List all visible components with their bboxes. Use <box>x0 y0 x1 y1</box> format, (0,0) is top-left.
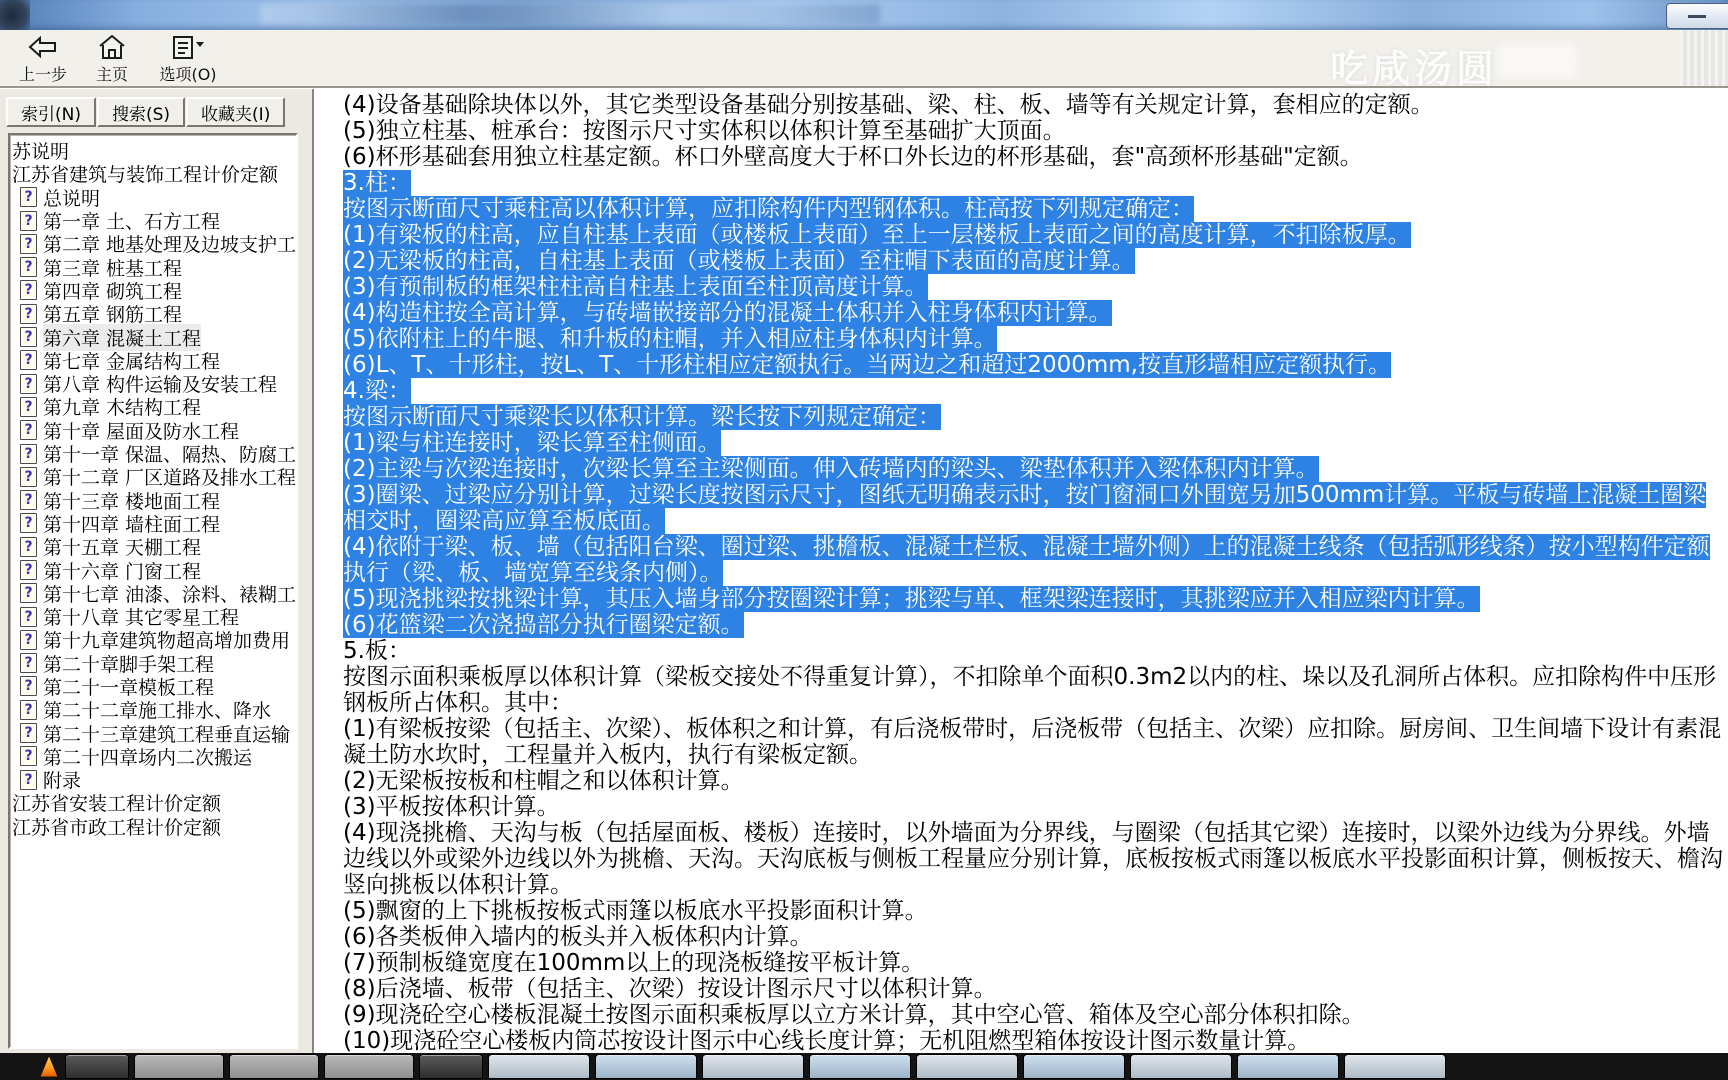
help-topic-icon: ? <box>20 234 37 254</box>
options-button-label: 选项(O) <box>159 62 216 85</box>
help-topic-icon: ? <box>20 770 37 790</box>
paragraph-text: 按图示面积乘板厚以体积计算（梁板交接处不得重复计算），不扣除单个面积0.3m2以… <box>343 664 1716 716</box>
paragraph-text: (3)有预制板的框架柱柱高自柱基上表面至柱顶高度计算。 <box>343 274 928 300</box>
content-paragraph: 4.梁： <box>343 378 1725 404</box>
content-paragraph: (6)L、T、十形柱，按L、T、十形柱相应定额执行。当两边之和超过2000mm,… <box>343 352 1725 378</box>
paragraph-text: (6)L、T、十形柱，按L、T、十形柱相应定额执行。当两边之和超过2000mm,… <box>343 352 1391 378</box>
home-button-label: 主页 <box>96 62 128 85</box>
taskbar-button[interactable] <box>916 1054 1018 1079</box>
toc-tree-item[interactable]: ? 江苏省市政工程计价定额 <box>10 815 296 838</box>
toc-tree-item[interactable]: ? 第十六章 门窗工程 <box>10 558 296 581</box>
toc-tree-item[interactable]: ? 第十四章 墙柱面工程 <box>10 512 296 535</box>
toc-item-label: 江苏省市政工程计价定额 <box>12 813 221 840</box>
toolbar: 上一步 主页 选项(O) 吃咸汤圆 <box>0 30 1728 86</box>
help-topic-icon: ? <box>20 490 37 510</box>
help-topic-icon: ? <box>20 583 37 603</box>
content-pane[interactable]: (4)设备基础除块体以外，其它类型设备基础分别按基础、梁、柱、板、墙等有关规定计… <box>312 89 1728 1053</box>
content-paragraph: (1)有梁板按梁（包括主、次梁）、板体积之和计算，有后浇板带时，后浇板带（包括主… <box>343 716 1725 768</box>
paragraph-text: (1)有梁板按梁（包括主、次梁）、板体积之和计算，有后浇板带时，后浇板带（包括主… <box>343 716 1721 768</box>
toc-tree-item[interactable]: ? 第十一章 保温、隔热、防腐工程 <box>10 442 296 465</box>
paragraph-text: (5)飘窗的上下挑板按板式雨篷以板底水平投影面积计算。 <box>343 898 928 924</box>
taskbar-button[interactable] <box>702 1054 804 1079</box>
back-button-label: 上一步 <box>19 62 67 85</box>
paragraph-text: (3)平板按体积计算。 <box>343 794 560 820</box>
paragraph-text: (5)现浇挑梁按挑梁计算，其压入墙身部分按圈梁计算；挑梁与单、框架梁连接时，其挑… <box>343 586 1480 612</box>
app-icon <box>0 0 30 30</box>
toc-tree-item[interactable]: ? 第四章 砌筑工程 <box>10 279 296 302</box>
help-topic-icon: ? <box>20 746 37 766</box>
content-paragraph: (2)主梁与次梁连接时，次梁长算至主梁侧面。伸入砖墙内的梁头、梁垫体积并入梁体积… <box>343 456 1725 482</box>
window-title-blurred <box>260 4 880 24</box>
toc-tree-item[interactable]: ? 第二十四章场内二次搬运 <box>10 745 296 768</box>
taskbar-button[interactable] <box>134 1054 224 1079</box>
paragraph-text: (4)构造柱按全高计算，与砖墙嵌接部分的混凝土体积并入柱身体积内计算。 <box>343 300 1112 326</box>
paragraph-text: (4)现浇挑檐、天沟与板（包括屋面板、楼板）连接时，以外墙面为分界线，与圈梁（包… <box>343 820 1723 898</box>
taskbar-button[interactable] <box>809 1054 911 1079</box>
help-topic-icon: ? <box>20 350 37 370</box>
taskbar-button[interactable] <box>419 1054 483 1079</box>
paragraph-text: 3.柱： <box>343 170 411 196</box>
topic-text: (4)设备基础除块体以外，其它类型设备基础分别按基础、梁、柱、板、墙等有关规定计… <box>314 89 1728 1053</box>
back-button[interactable]: 上一步 <box>8 34 78 85</box>
taskbar-button[interactable] <box>1344 1054 1446 1079</box>
content-paragraph: (10)现浇砼空心楼板内筒芯按设计图示中心线长度计算；无机阻燃型箱体按设计图示数… <box>343 1028 1725 1053</box>
help-topic-icon: ? <box>20 397 37 417</box>
home-icon <box>96 34 128 60</box>
toc-tree-item[interactable]: ? 第六章 混凝土工程 <box>10 325 296 348</box>
content-paragraph: (4)设备基础除块体以外，其它类型设备基础分别按基础、梁、柱、板、墙等有关规定计… <box>343 92 1725 118</box>
taskbar-button[interactable] <box>488 1054 590 1079</box>
content-paragraph: (6)杯形基础套用独立柱基定额。杯口外壁高度大于杯口外长边的杯形基础，套"高颈杯… <box>343 144 1725 170</box>
content-paragraph: 3.柱： <box>343 170 1725 196</box>
paragraph-text: (10)现浇砼空心楼板内筒芯按设计图示中心线长度计算；无机阻燃型箱体按设计图示数… <box>343 1028 1310 1053</box>
content-paragraph: (4)构造柱按全高计算，与砖墙嵌接部分的混凝土体积并入柱身体积内计算。 <box>343 300 1725 326</box>
content-paragraph: (3)有预制板的框架柱柱高自柱基上表面至柱顶高度计算。 <box>343 274 1725 300</box>
paragraph-text: (4)设备基础除块体以外，其它类型设备基础分别按基础、梁、柱、板、墙等有关规定计… <box>343 92 1434 118</box>
toc-tree-item[interactable]: ? 第二十二章施工排水、降水 <box>10 698 296 721</box>
toc-tree-item[interactable]: ? 江苏省建筑与装饰工程计价定额 <box>10 162 296 185</box>
minimize-icon <box>1688 15 1706 18</box>
help-topic-icon: ? <box>20 630 37 650</box>
help-topic-icon: ? <box>20 467 37 487</box>
help-topic-icon: ? <box>20 420 37 440</box>
content-paragraph: (6)花篮梁二次浇捣部分执行圈梁定额。 <box>343 612 1725 638</box>
taskbar-button[interactable] <box>595 1054 697 1079</box>
content-paragraph: (4)依附于梁、板、墙（包括阳台梁、圈过梁、挑檐板、混凝土栏板、混凝土墙外侧）上… <box>343 534 1725 586</box>
content-paragraph: 按图示断面尺寸乘梁长以体积计算。梁长按下列规定确定： <box>343 404 1725 430</box>
navigation-pane: 索引(N) 搜索(S) 收藏夹(I) ? 苏说明 ? 江苏省建筑与装饰工程计价定… <box>0 89 312 1053</box>
paragraph-text: 5.板： <box>343 638 411 664</box>
content-paragraph: (4)现浇挑檐、天沟与板（包括屋面板、楼板）连接时，以外墙面为分界线，与圈梁（包… <box>343 820 1725 898</box>
toc-tree-item[interactable]: ? 苏说明 <box>10 139 296 162</box>
taskbar-button[interactable] <box>1130 1054 1232 1079</box>
help-topic-icon: ? <box>20 723 37 743</box>
content-paragraph: (5)现浇挑梁按挑梁计算，其压入墙身部分按圈梁计算；挑梁与单、框架梁连接时，其挑… <box>343 586 1725 612</box>
toc-tree-item[interactable]: ? 第十七章 油漆、涂料、裱糊工程 <box>10 582 296 605</box>
content-paragraph: (1)有梁板的柱高，应自柱基上表面（或楼板上表面）至上一层楼板上表面之间的高度计… <box>343 222 1725 248</box>
content-paragraph: (1)梁与柱连接时，梁长算至柱侧面。 <box>343 430 1725 456</box>
taskbar-button[interactable] <box>65 1054 129 1079</box>
watermark-text: 吃咸汤圆 <box>1330 38 1498 93</box>
toc-tree-item[interactable]: ? 第一章 土、石方工程 <box>10 209 296 232</box>
content-paragraph: (2)无梁板的柱高，自柱基上表面（或楼板上表面）至柱帽下表面的高度计算。 <box>343 248 1725 274</box>
toc-tree-item[interactable]: ? 第三章 桩基工程 <box>10 255 296 278</box>
paragraph-text: (3)圈梁、过梁应分别计算，过梁长度按图示尺寸，图纸无明确表示时，按门窗洞口外围… <box>343 482 1706 534</box>
options-button[interactable]: 选项(O) <box>148 34 228 85</box>
taskbar-button[interactable] <box>1237 1054 1339 1079</box>
video-artifact <box>1680 30 1728 86</box>
paragraph-text: (1)有梁板的柱高，应自柱基上表面（或楼板上表面）至上一层楼板上表面之间的高度计… <box>343 222 1411 248</box>
help-topic-icon: ? <box>20 304 37 324</box>
paragraph-text: (1)梁与柱连接时，梁长算至柱侧面。 <box>343 430 721 456</box>
content-paragraph: 5.板： <box>343 638 1725 664</box>
toc-tree-item[interactable]: ? 第八章 构件运输及安装工程 <box>10 372 296 395</box>
help-topic-icon: ? <box>20 537 37 557</box>
content-paragraph: (6)各类板伸入墙内的板头并入板体积内计算。 <box>343 924 1725 950</box>
paragraph-text: (4)依附于梁、板、墙（包括阳台梁、圈过梁、挑檐板、混凝土栏板、混凝土墙外侧）上… <box>343 534 1710 586</box>
help-topic-icon: ? <box>20 676 37 696</box>
toc-tree-item[interactable]: ? 第二十三章建筑工程垂直运输 <box>10 721 296 744</box>
paragraph-text: (2)主梁与次梁连接时，次梁长算至主梁侧面。伸入砖墙内的梁头、梁垫体积并入梁体积… <box>343 456 1319 482</box>
toc-tree-item[interactable]: ? 总说明 <box>10 186 296 209</box>
back-arrow-icon <box>26 34 60 60</box>
toc-tree-item[interactable]: ? 第十五章 天棚工程 <box>10 535 296 558</box>
paragraph-text: (6)杯形基础套用独立柱基定额。杯口外壁高度大于杯口外长边的杯形基础，套"高颈杯… <box>343 144 1363 170</box>
toc-tree-item[interactable]: ? 第十二章 厂区道路及排水工程 <box>10 465 296 488</box>
content-paragraph: 按图示断面尺寸乘柱高以体积计算，应扣除构件内型钢体积。柱高按下列规定确定： <box>343 196 1725 222</box>
nav-tab[interactable]: 搜索(S) <box>97 97 185 127</box>
help-viewer-window: 上一步 主页 选项(O) 吃咸汤圆 <box>0 0 1728 1080</box>
paragraph-text: (5)依附柱上的牛腿、和升板的柱帽，并入相应柱身体积内计算。 <box>343 326 997 352</box>
help-topic-icon: ? <box>20 700 37 720</box>
watermark-logo-blob <box>1498 44 1578 78</box>
nav-tab[interactable]: 索引(N) <box>6 97 96 127</box>
toc-tree-item[interactable]: ? 第二章 地基处理及边坡支护工程 <box>10 232 296 255</box>
minimize-button[interactable] <box>1666 3 1728 29</box>
help-topic-icon: ? <box>20 653 37 673</box>
help-topic-icon: ? <box>20 513 37 533</box>
nav-tabs: 索引(N) 搜索(S) 收藏夹(I) <box>6 97 286 127</box>
toc-tree-item[interactable]: ? 第十章 屋面及防水工程 <box>10 419 296 442</box>
paragraph-text: 按图示断面尺寸乘柱高以体积计算，应扣除构件内型钢体积。柱高按下列规定确定： <box>343 196 1194 222</box>
toc-tree-item[interactable]: ? 第二十章脚手架工程 <box>10 652 296 675</box>
toc-tree-item[interactable]: ? 第九章 木结构工程 <box>10 395 296 418</box>
toc-tree-item[interactable]: ? 附录 <box>10 768 296 791</box>
window-titlebar[interactable] <box>0 0 1728 30</box>
help-topic-icon: ? <box>20 444 37 464</box>
toc-tree-item[interactable]: ? 江苏省安装工程计价定额 <box>10 791 296 814</box>
toc-tree[interactable]: ? 苏说明 ? 江苏省建筑与装饰工程计价定额 ? 总说明 ? 第一章 土、石方工… <box>8 133 298 1049</box>
help-topic-icon: ? <box>20 187 37 207</box>
paragraph-text: 4.梁： <box>343 378 411 404</box>
taskbar-button[interactable] <box>324 1054 414 1079</box>
paragraph-text: (7)预制板缝宽度在100mm以上的现浇板缝按平板计算。 <box>343 950 924 976</box>
toc-tree-item[interactable]: ? 第二十一章模板工程 <box>10 675 296 698</box>
toc-tree-item[interactable]: ? 第七章 金属结构工程 <box>10 349 296 372</box>
content-paragraph: (9)现浇砼空心楼板混凝土按图示面积乘板厚以立方米计算，其中空心管、箱体及空心部… <box>343 1002 1725 1028</box>
paragraph-text: (6)各类板伸入墙内的板头并入板体积内计算。 <box>343 924 813 950</box>
content-paragraph: (3)圈梁、过梁应分别计算，过梁长度按图示尺寸，图纸无明确表示时，按门窗洞口外围… <box>343 482 1725 534</box>
content-paragraph: 按图示面积乘板厚以体积计算（梁板交接处不得重复计算），不扣除单个面积0.3m2以… <box>343 664 1725 716</box>
paragraph-text: 按图示断面尺寸乘梁长以体积计算。梁长按下列规定确定： <box>343 404 941 430</box>
toc-tree-item[interactable]: ? 第十三章 楼地面工程 <box>10 488 296 511</box>
content-paragraph: (5)飘窗的上下挑板按板式雨篷以板底水平投影面积计算。 <box>343 898 1725 924</box>
help-topic-icon: ? <box>20 607 37 627</box>
toc-tree-item[interactable]: ? 第十八章 其它零星工程 <box>10 605 296 628</box>
paragraph-text: (8)后浇墙、板带（包括主、次梁）按设计图示尺寸以体积计算。 <box>343 976 997 1002</box>
content-paragraph: (8)后浇墙、板带（包括主、次梁）按设计图示尺寸以体积计算。 <box>343 976 1725 1002</box>
help-topic-icon: ? <box>20 280 37 300</box>
content-paragraph: (5)依附柱上的牛腿、和升板的柱帽，并入相应柱身体积内计算。 <box>343 326 1725 352</box>
help-topic-icon: ? <box>20 327 37 347</box>
paragraph-text: (9)现浇砼空心楼板混凝土按图示面积乘板厚以立方米计算，其中空心管、箱体及空心部… <box>343 1002 1365 1028</box>
taskbar-button[interactable] <box>1023 1054 1125 1079</box>
content-paragraph: (3)平板按体积计算。 <box>343 794 1725 820</box>
content-paragraph: (7)预制板缝宽度在100mm以上的现浇板缝按平板计算。 <box>343 950 1725 976</box>
help-topic-icon: ? <box>20 560 37 580</box>
content-paragraph: (5)独立柱基、桩承台：按图示尺寸实体积以体积计算至基础扩大顶面。 <box>343 118 1725 144</box>
help-topic-icon: ? <box>20 257 37 277</box>
home-button[interactable]: 主页 <box>82 34 142 85</box>
nav-tab[interactable]: 收藏夹(I) <box>186 97 285 127</box>
toc-tree-item[interactable]: ? 第五章 钢筋工程 <box>10 302 296 325</box>
paragraph-text: (2)无梁板按板和柱帽之和以体积计算。 <box>343 768 744 794</box>
taskbar <box>0 1053 1728 1080</box>
paragraph-text: (6)花篮梁二次浇捣部分执行圈梁定额。 <box>343 612 744 638</box>
options-icon <box>169 34 207 60</box>
paragraph-text: (2)无梁板的柱高，自柱基上表面（或楼板上表面）至柱帽下表面的高度计算。 <box>343 248 1135 274</box>
paragraph-text: (5)独立柱基、桩承台：按图示尺寸实体积以体积计算至基础扩大顶面。 <box>343 118 1066 144</box>
taskbar-alert-icon[interactable] <box>38 1057 60 1077</box>
help-topic-icon: ? <box>20 211 37 231</box>
content-paragraph: (2)无梁板按板和柱帽之和以体积计算。 <box>343 768 1725 794</box>
toc-tree-item[interactable]: ? 第十九章建筑物超高增加费用 <box>10 628 296 651</box>
taskbar-button[interactable] <box>229 1054 319 1079</box>
help-topic-icon: ? <box>20 374 37 394</box>
